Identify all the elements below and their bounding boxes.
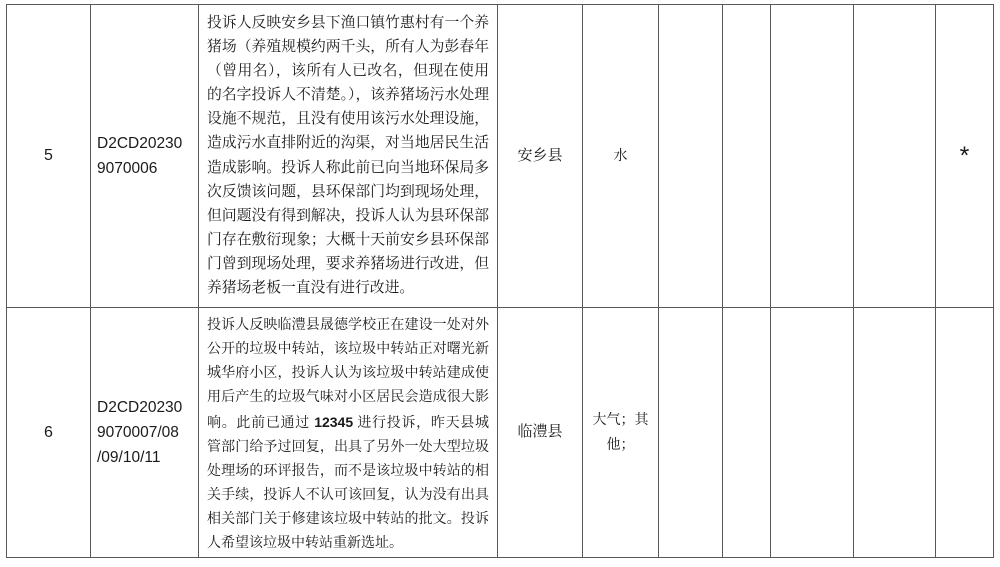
case-id-line: 9070007/08	[91, 420, 198, 445]
category-cell: 水	[583, 5, 659, 308]
complaint-content-cell: 投诉人反映临澧县晟德学校正在建设一处对外公开的垃圾中转站，该垃圾中转站正对曙光新…	[199, 308, 498, 558]
mark-cell	[936, 308, 994, 558]
mark-cell: *	[936, 5, 994, 308]
county-cell: 安乡县	[498, 5, 583, 308]
complaint-text: 投诉人反映临澧县晟德学校正在建设一处对外公开的垃圾中转站，该垃圾中转站正对曙光新…	[199, 308, 497, 557]
document-page: 5 D2CD20230 9070006 投诉人反映安乡县下渔口镇竹惠村有一个养猪…	[0, 0, 1000, 567]
county-label: 安乡县	[517, 148, 562, 164]
complaint-table: 5 D2CD20230 9070006 投诉人反映安乡县下渔口镇竹惠村有一个养猪…	[6, 4, 994, 558]
row-index: 5	[44, 147, 53, 164]
case-id-line: D2CD20230	[91, 131, 198, 156]
case-id-line: /09/10/11	[91, 445, 198, 470]
case-id-cell: D2CD20230 9070007/08 /09/10/11	[91, 308, 199, 558]
complaint-text-segment: 进行投诉，昨天县城管部门给予过回复，出具了另外一处大型垃圾处理场的环评报告，而不…	[207, 416, 489, 551]
county-label: 临澧县	[517, 424, 562, 440]
row-index: 6	[44, 424, 53, 441]
complaint-text-segment: 投诉人反映安乡县下渔口镇竹惠村有一个养猪场（养殖规模约两千头，所有人为彭春年（曾…	[207, 15, 489, 296]
empty-cell	[854, 5, 936, 308]
table-row: 5 D2CD20230 9070006 投诉人反映安乡县下渔口镇竹惠村有一个养猪…	[7, 5, 994, 308]
table-row: 6 D2CD20230 9070007/08 /09/10/11 投诉人反映临澧…	[7, 308, 994, 558]
category-cell: 大气；其他；	[583, 308, 659, 558]
asterisk-mark: *	[960, 142, 970, 170]
empty-cell	[771, 308, 854, 558]
empty-cell	[771, 5, 854, 308]
row-index-cell: 5	[7, 5, 91, 308]
case-id-line: 9070006	[91, 156, 198, 181]
category-label: 水	[614, 149, 628, 164]
case-id-cell: D2CD20230 9070006	[91, 5, 199, 308]
county-cell: 临澧县	[498, 308, 583, 558]
complaint-text: 投诉人反映安乡县下渔口镇竹惠村有一个养猪场（养殖规模约两千头，所有人为彭春年（曾…	[199, 5, 497, 307]
row-index-cell: 6	[7, 308, 91, 558]
empty-cell	[723, 308, 771, 558]
empty-cell	[659, 308, 723, 558]
category-label: 大气；其他；	[593, 413, 649, 453]
case-id-line: D2CD20230	[91, 395, 198, 420]
empty-cell	[723, 5, 771, 308]
hotline-number: 12345	[314, 414, 353, 430]
complaint-content-cell: 投诉人反映安乡县下渔口镇竹惠村有一个养猪场（养殖规模约两千头，所有人为彭春年（曾…	[199, 5, 498, 308]
empty-cell	[659, 5, 723, 308]
empty-cell	[854, 308, 936, 558]
